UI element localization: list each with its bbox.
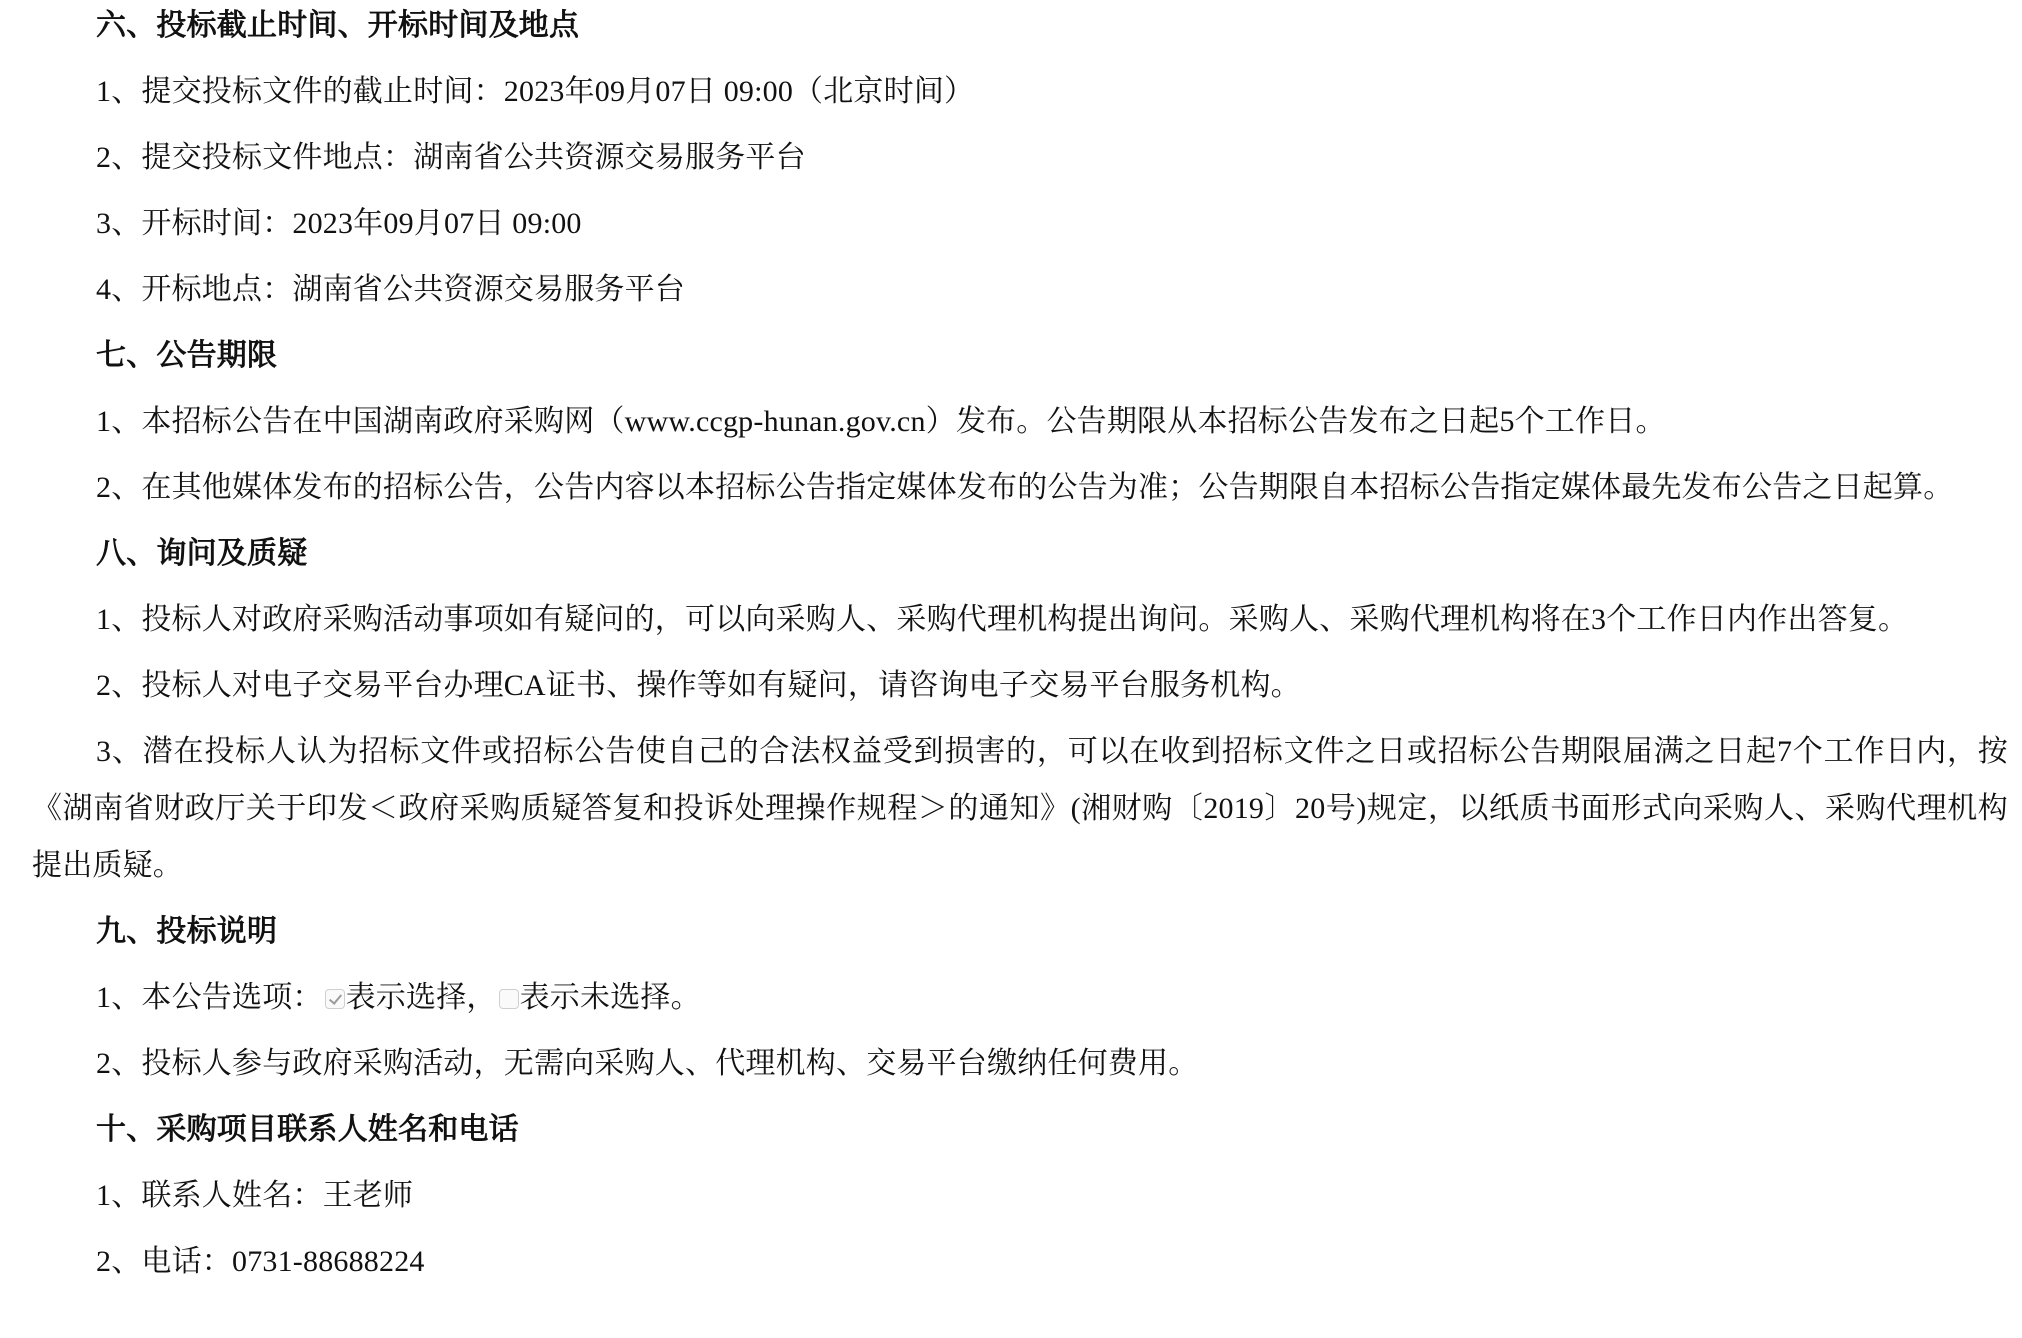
bid-opening-time: 3、开标时间：2023年09月07日 09:00 [32, 195, 2008, 252]
bid-opening-location: 4、开标地点：湖南省公共资源交易服务平台 [32, 261, 2008, 318]
contact-phone: 2、电话：0731-88688224 [32, 1233, 2008, 1290]
bid-submission-deadline: 1、提交投标文件的截止时间：2023年09月07日 09:00（北京时间） [32, 63, 2008, 120]
section-heading-bid-deadline: 六、投标截止时间、开标时间及地点 [32, 0, 2008, 54]
inquiry-item-2: 2、投标人对电子交易平台办理CA证书、操作等如有疑问，请咨询电子交易平台服务机构… [32, 657, 2008, 714]
contact-name: 1、联系人姓名：王老师 [32, 1167, 2008, 1224]
checked-legend-label: 表示选择， [346, 981, 497, 1014]
bid-submission-location: 2、提交投标文件地点：湖南省公共资源交易服务平台 [32, 129, 2008, 186]
announcement-document: 六、投标截止时间、开标时间及地点 1、提交投标文件的截止时间：2023年09月0… [0, 0, 2022, 1290]
unchecked-checkbox-icon [499, 989, 519, 1009]
section-heading-inquiry-challenge: 八、询问及质疑 [32, 525, 2008, 582]
no-fee-statement: 2、投标人参与政府采购活动，无需向采购人、代理机构、交易平台缴纳任何费用。 [32, 1035, 2008, 1092]
section-heading-contact: 十、采购项目联系人姓名和电话 [32, 1101, 2008, 1158]
inquiry-item-1: 1、投标人对政府采购活动事项如有疑问的，可以向采购人、采购代理机构提出询问。采购… [32, 591, 2008, 648]
section-heading-bid-instructions: 九、投标说明 [32, 903, 2008, 960]
section-heading-notice-period: 七、公告期限 [32, 327, 2008, 384]
notice-other-media-info: 2、在其他媒体发布的招标公告，公告内容以本招标公告指定媒体发布的公告为准；公告期… [32, 459, 2008, 516]
unchecked-legend-label: 表示未选择。 [520, 981, 701, 1014]
options-legend-prefix: 1、本公告选项： [96, 981, 323, 1014]
options-legend: 1、本公告选项：表示选择，表示未选择。 [32, 969, 2008, 1026]
notice-publication-info: 1、本招标公告在中国湖南政府采购网（www.ccgp-hunan.gov.cn）… [32, 393, 2008, 450]
checked-checkbox-icon [325, 989, 345, 1009]
inquiry-item-3: 3、潜在投标人认为招标文件或招标公告使自己的合法权益受到损害的，可以在收到招标文… [32, 723, 2008, 894]
